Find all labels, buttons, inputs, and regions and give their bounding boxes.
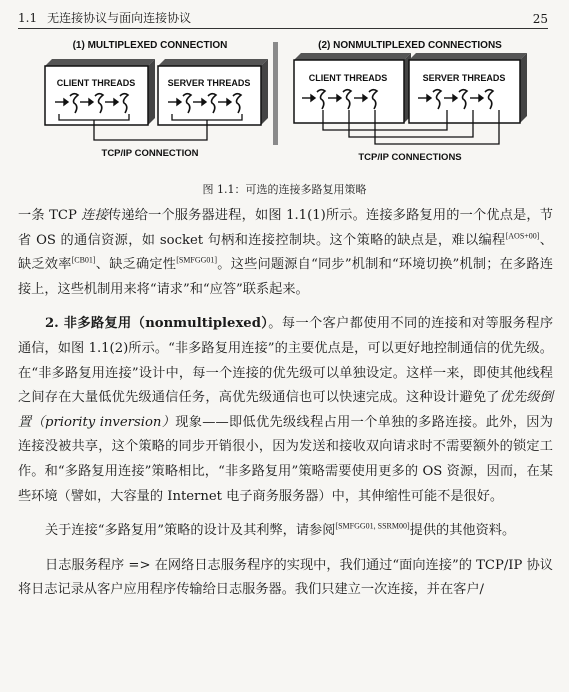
panel1-title: (1) MULTIPLEXED CONNECTION: [73, 40, 228, 51]
panel-divider: [273, 42, 278, 145]
panel1-server-label: SERVER THREADS: [168, 78, 251, 88]
citation: [SMFGG01]: [176, 256, 217, 265]
page-number: 25: [533, 12, 548, 26]
section-heading: 1.1无连接协议与面向连接协议: [18, 9, 201, 26]
panel2-server-label: SERVER THREADS: [423, 73, 506, 83]
citation: [SMFGG01, SSRM00]: [335, 522, 409, 531]
panel1-client-label: CLIENT THREADS: [57, 78, 136, 88]
panel1-connection-label: TCP/IP CONNECTION: [102, 148, 199, 159]
figure-caption: 图 1.1：可选的连接多路复用策略: [0, 181, 569, 197]
panel2-connection-label: TCP/IP CONNECTIONS: [358, 152, 461, 163]
section-title: 无连接协议与面向连接协议: [47, 11, 191, 25]
body-text: 一条 TCP 连接传递给一个服务器进程，如图 1.1(1)所示。连接多路复用的一…: [18, 204, 553, 603]
paragraph-references: 关于连接“多路复用”策略的设计及其利弊，请参阅[SMFGG01, SSRM00]…: [18, 519, 553, 544]
citation: [CB01]: [72, 256, 96, 265]
panel2-title: (2) NONMULTIPLEXED CONNECTIONS: [318, 40, 502, 51]
running-header: 1.1无连接协议与面向连接协议 25: [18, 4, 548, 29]
item-heading: 2. 非多路复用（nonmultiplexed）: [45, 316, 268, 331]
paragraph-logging-service: 日志服务程序 => 在网络日志服务程序的实现中，我们通过“面向连接”的 TCP/…: [18, 554, 553, 603]
citation: [AOS+00]: [506, 231, 540, 240]
panel2-client-label: CLIENT THREADS: [309, 73, 388, 83]
connection-multiplexing-diagram: (1) MULTIPLEXED CONNECTION CLIENT THREAD…: [0, 36, 569, 186]
section-number: 1.1: [18, 11, 37, 25]
paragraph-multiplexed-cont: 一条 TCP 连接传递给一个服务器进程，如图 1.1(1)所示。连接多路复用的一…: [18, 204, 553, 302]
figure-1-1: (1) MULTIPLEXED CONNECTION CLIENT THREAD…: [0, 36, 569, 196]
paragraph-nonmultiplexed: 2. 非多路复用（nonmultiplexed）。每一个客户都使用不同的连接和对…: [18, 312, 553, 509]
